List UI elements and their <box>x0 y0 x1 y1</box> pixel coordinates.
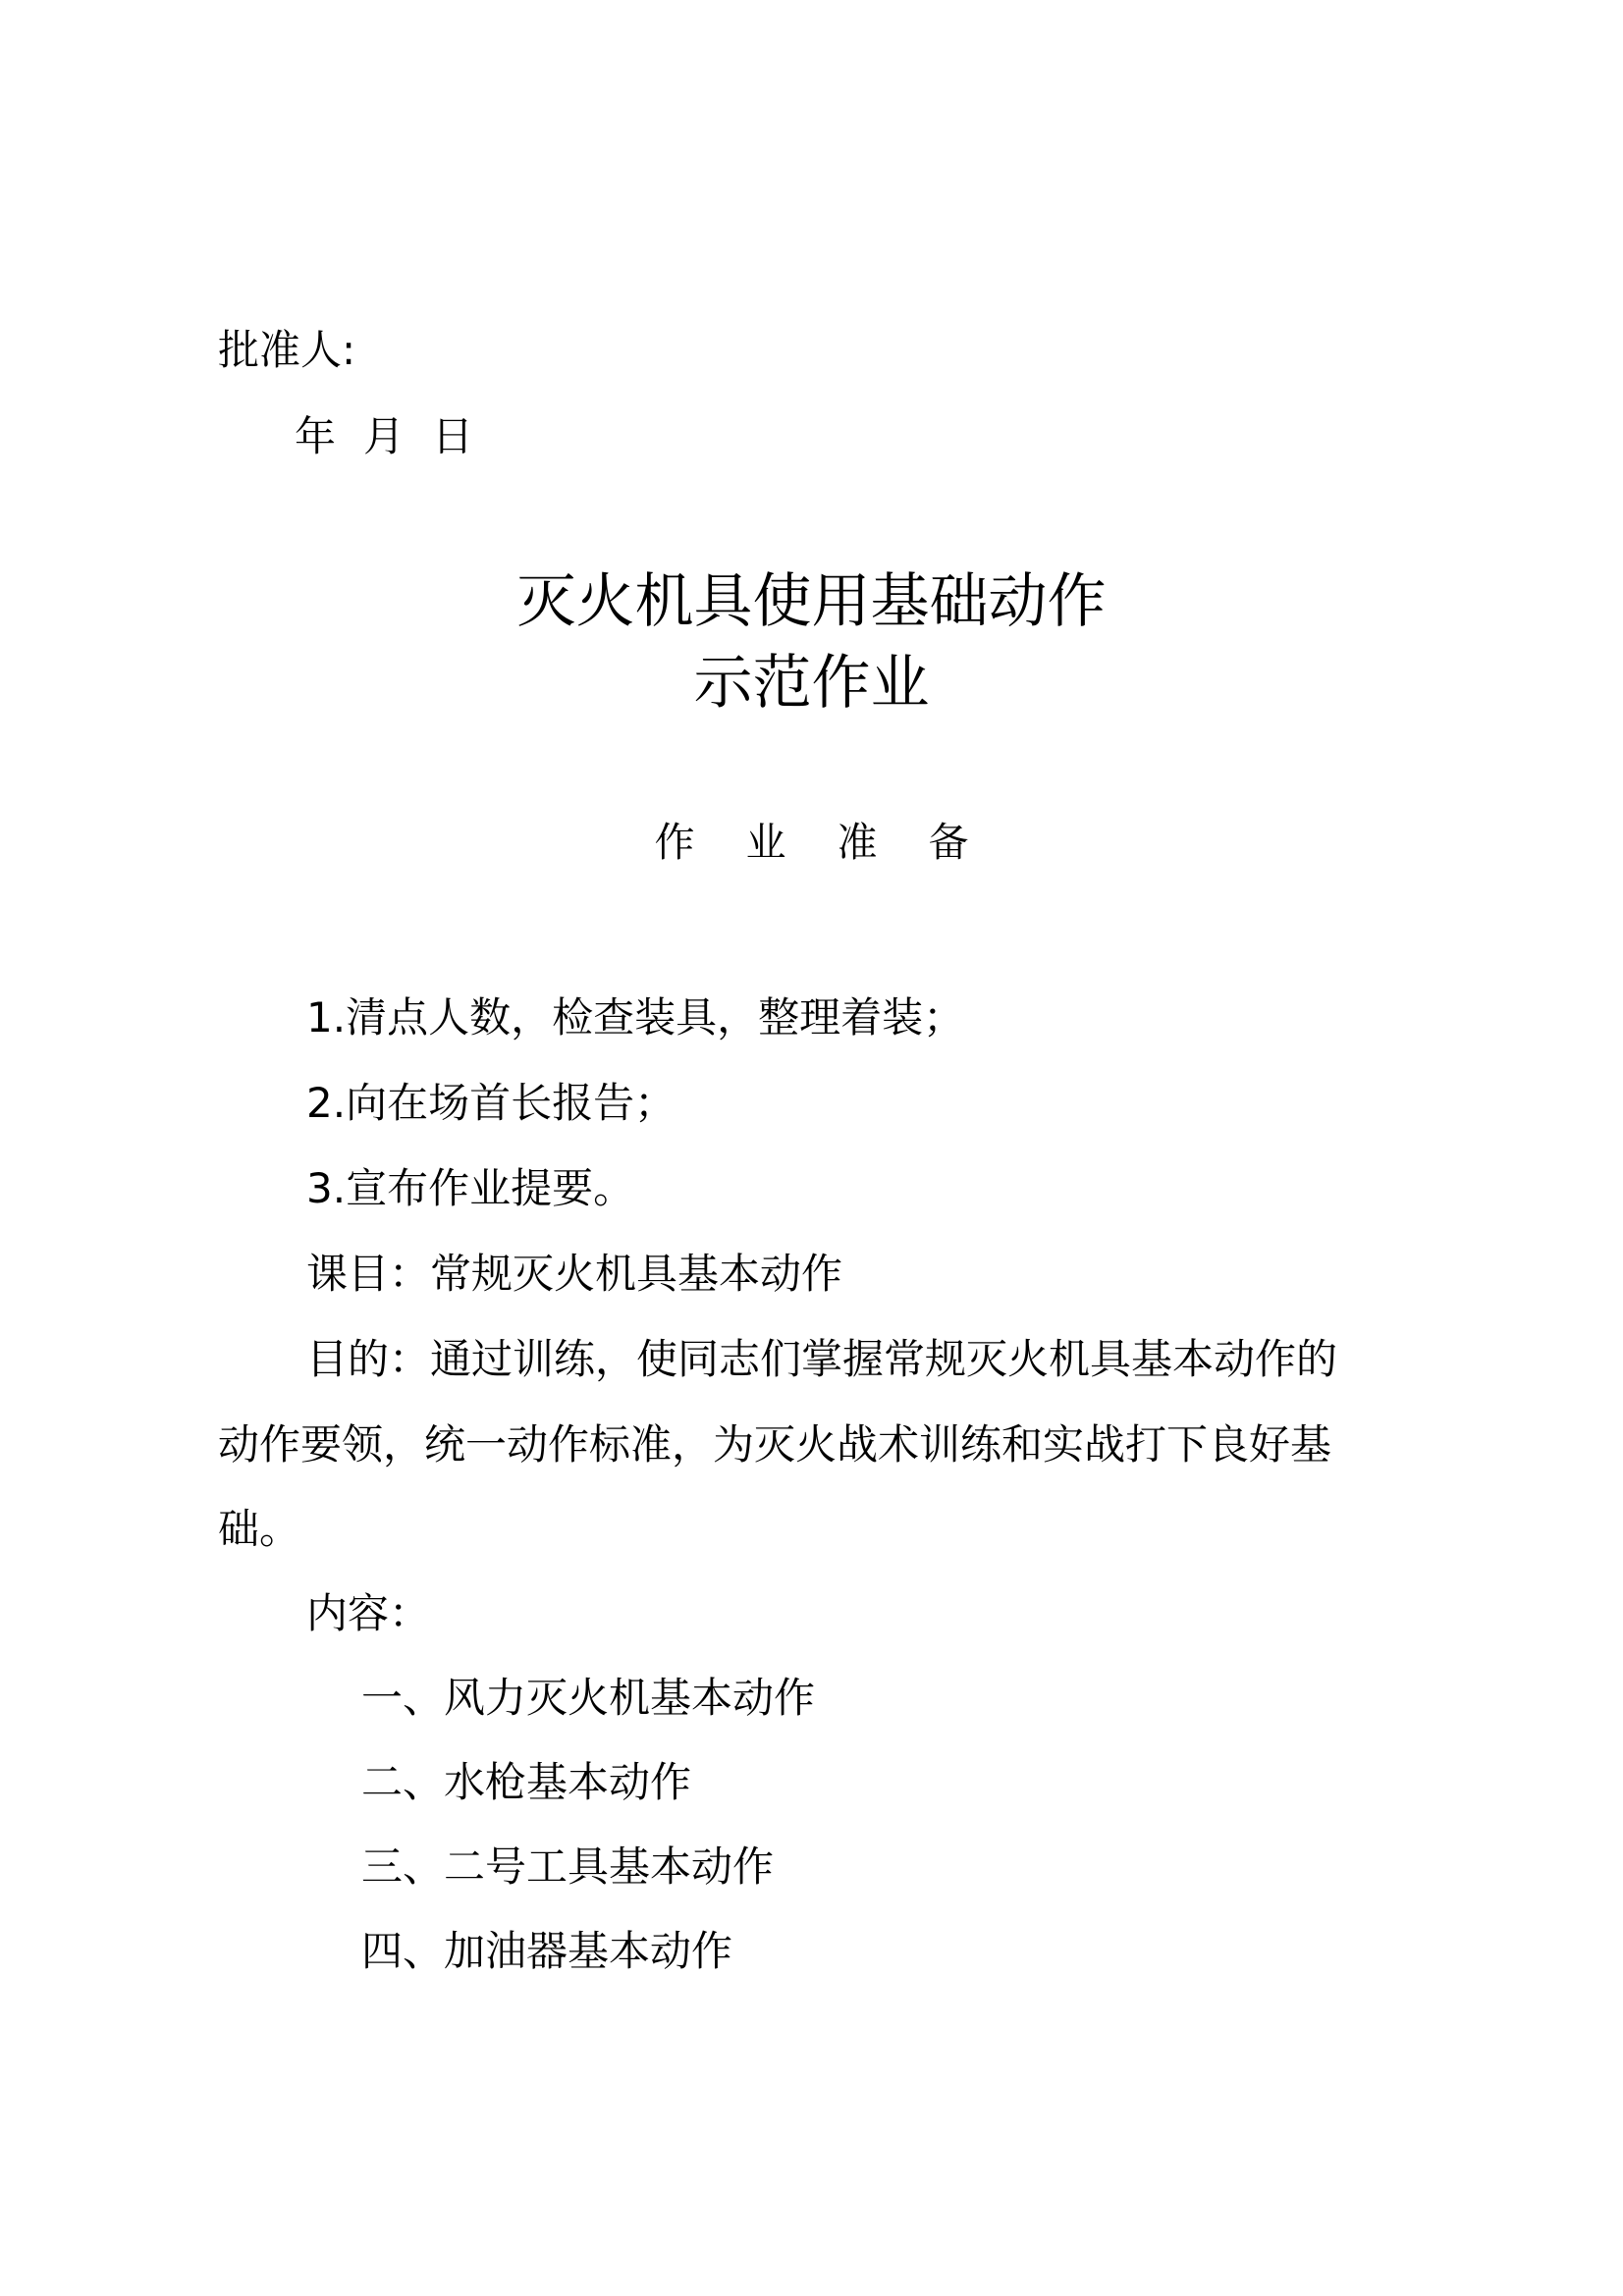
content-item-2: 二、水枪基本动作 <box>361 1762 691 1803</box>
purpose-line-2: 动作要领，统一动作标准，为灭火战术训练和实战打下良好基 <box>218 1424 1331 1466</box>
approver-label: 批准人: <box>218 330 355 371</box>
date-year-label: 年 <box>295 416 336 457</box>
date-month-label: 月 <box>363 416 405 457</box>
document-title-line-1: 灭火机具使用基础动作 <box>0 572 1623 631</box>
content-item-1: 一、风力灭火机基本动作 <box>361 1678 815 1719</box>
content-item-4: 四、加油器基本动作 <box>361 1931 732 1972</box>
section-heading-char: 业 <box>746 823 786 863</box>
preparation-step-2: 2.向在场首长报告； <box>306 1083 676 1124</box>
course-line: 课目：常规灭火机具基本动作 <box>306 1254 842 1295</box>
section-heading-char: 备 <box>929 823 969 863</box>
preparation-step-1: 1.清点人数，检查装具，整理着装； <box>306 997 964 1039</box>
contents-label: 内容： <box>306 1593 430 1634</box>
date-day-label: 日 <box>432 416 473 457</box>
document-title-line-2: 示范作业 <box>0 654 1623 713</box>
purpose-line-3: 础。 <box>218 1509 300 1550</box>
preparation-step-3: 3.宣布作业提要。 <box>306 1168 634 1209</box>
section-heading-char: 准 <box>838 823 878 863</box>
section-heading-char: 作 <box>655 823 695 863</box>
content-item-3: 三、二号工具基本动作 <box>361 1846 774 1888</box>
approval-date: 年月日 <box>295 416 501 457</box>
purpose-line-1: 目的：通过训练，使同志们掌握常规灭火机具基本动作的 <box>306 1339 1337 1380</box>
section-heading: 作业准备 <box>0 823 1623 863</box>
